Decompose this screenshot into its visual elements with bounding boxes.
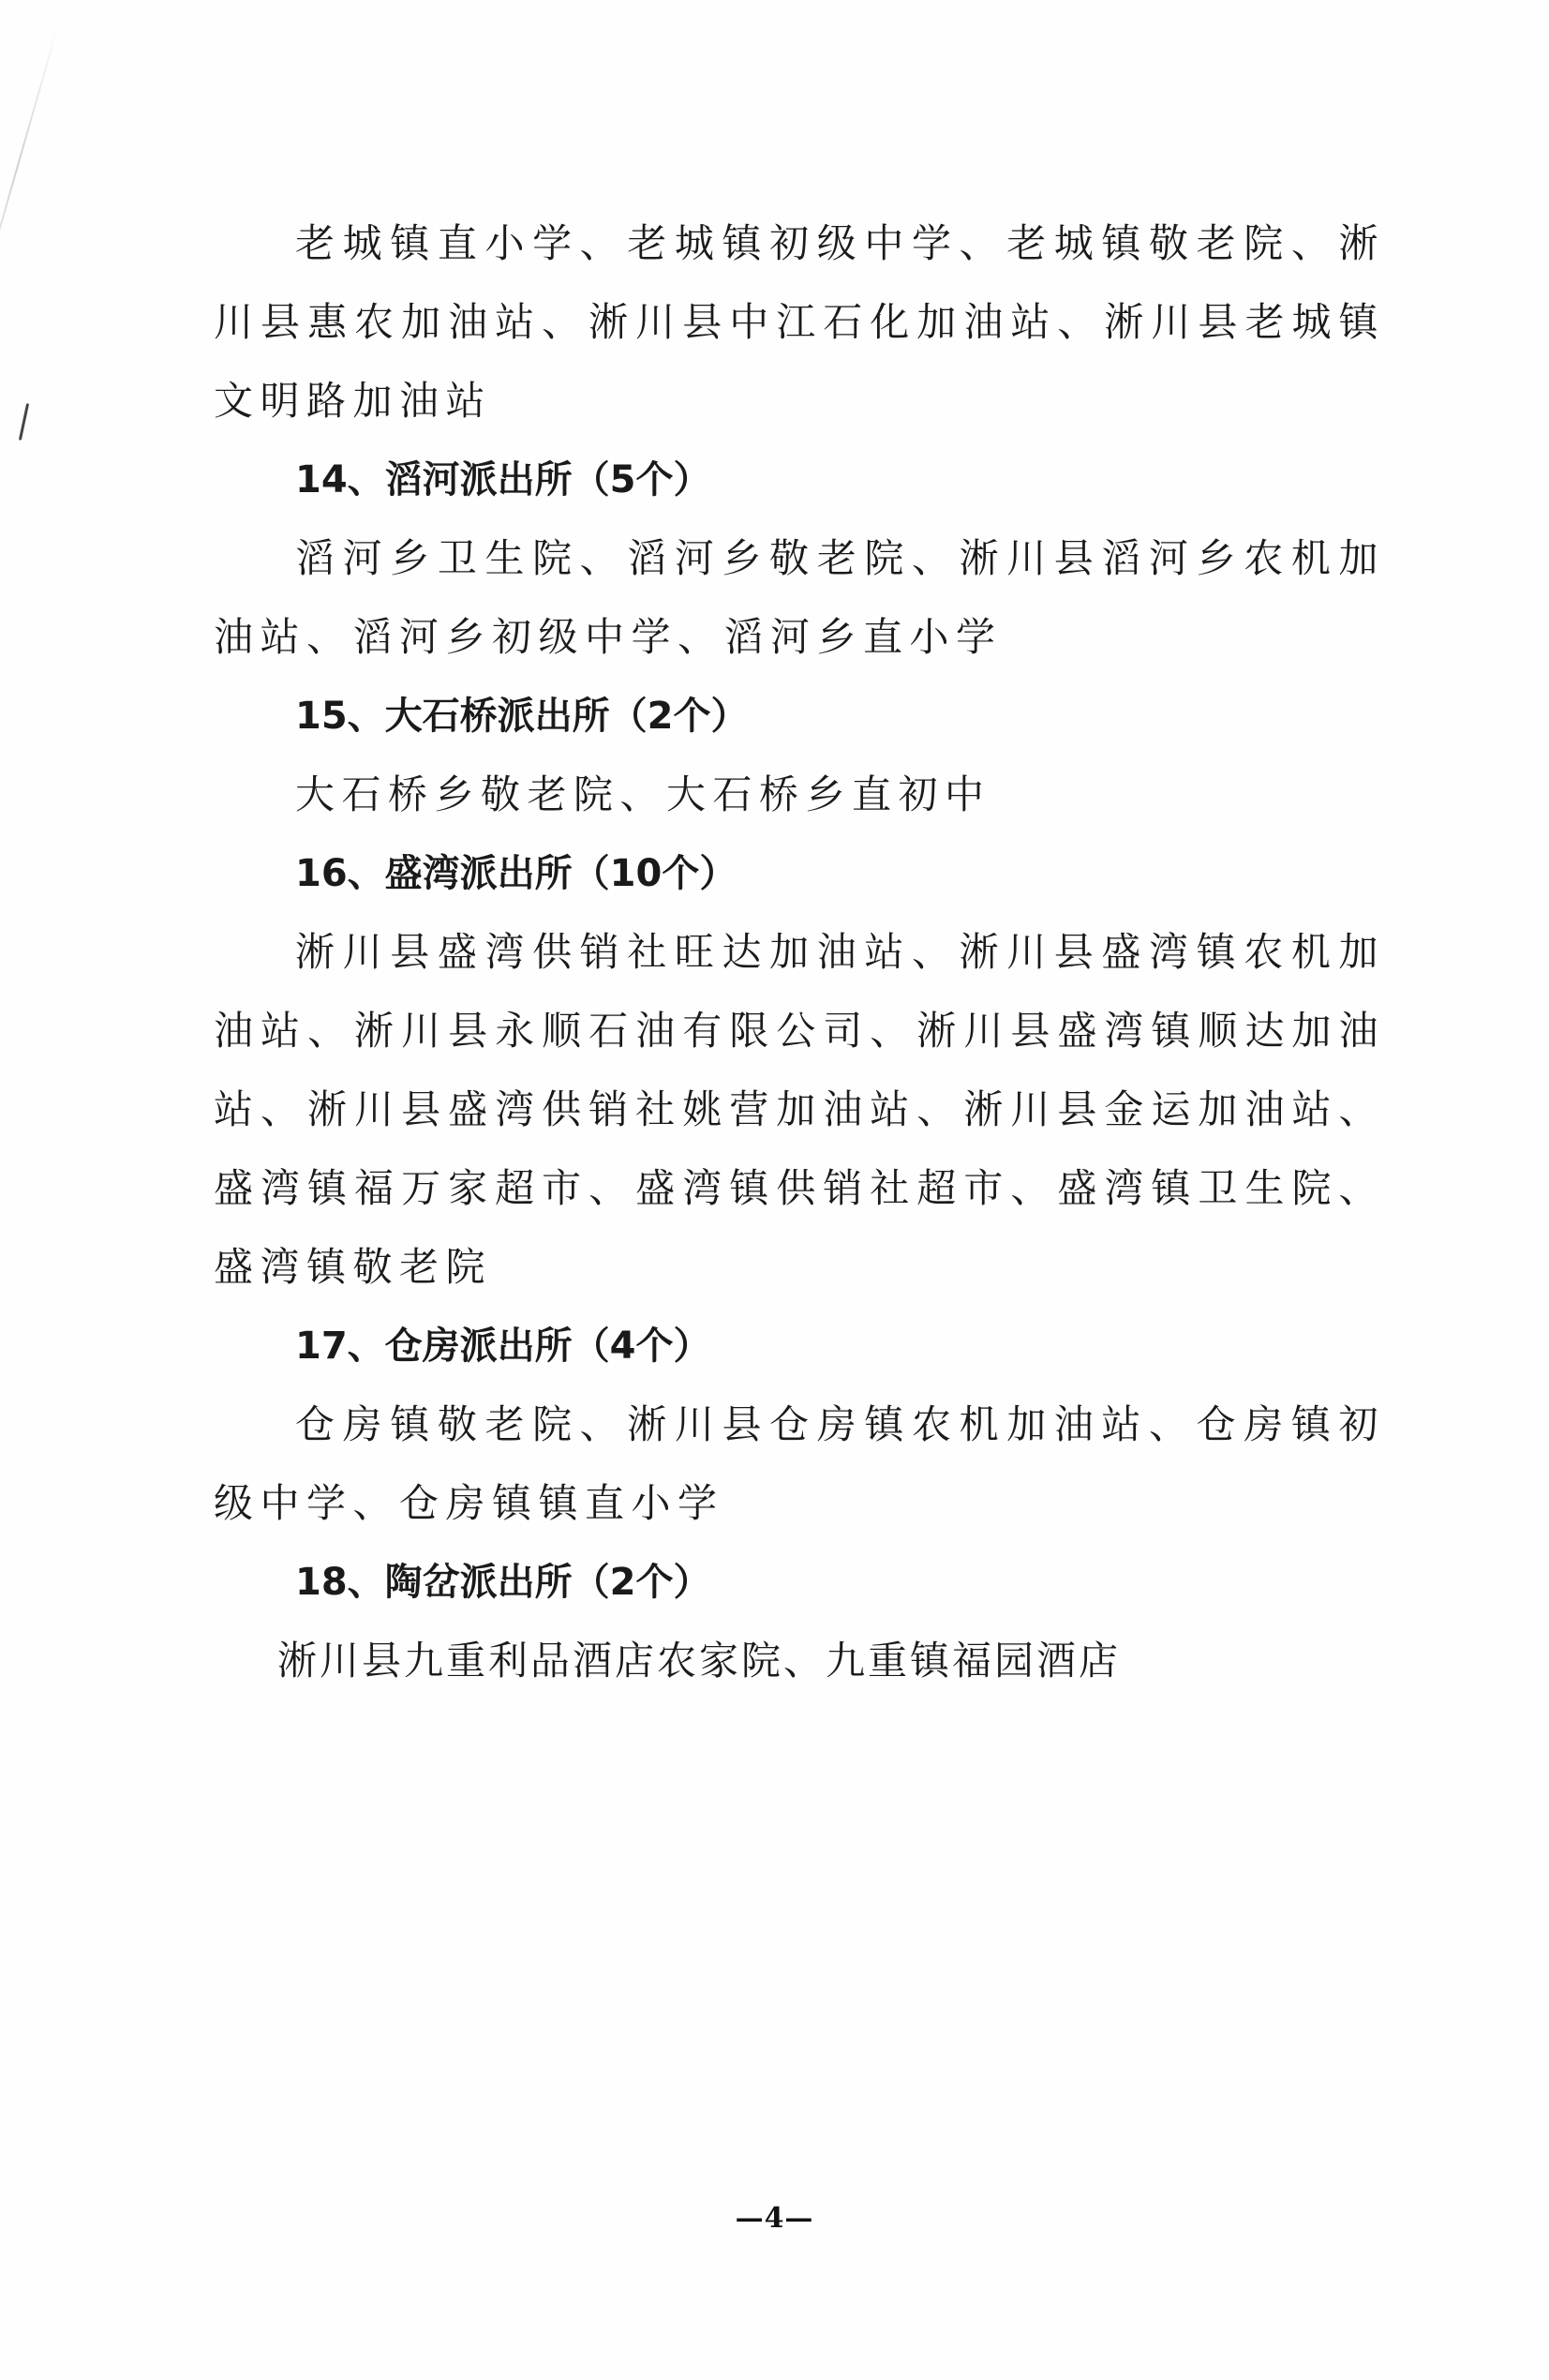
section-body-16: 淅川县盛湾供销社旺达加油站、淅川县盛湾镇农机加油站、淅川县永顺石油有限公司、淅川…	[214, 913, 1385, 1307]
section-heading-15: 15、大石桥派出所（2个）	[214, 677, 1385, 756]
continuation-paragraph: 老城镇直小学、老城镇初级中学、老城镇敬老院、淅川县惠农加油站、淅川县中江石化加油…	[214, 204, 1385, 441]
section-body-18: 淅川县九重利品酒店农家院、九重镇福园酒店	[214, 1622, 1385, 1700]
section-body-15: 大石桥乡敬老院、大石桥乡直初中	[214, 756, 1385, 834]
page-number: —4—	[0, 2202, 1549, 2235]
document-body: 老城镇直小学、老城镇初级中学、老城镇敬老院、淅川县惠农加油站、淅川县中江石化加油…	[214, 204, 1385, 1700]
scan-artifact-mark	[19, 403, 29, 441]
section-heading-14: 14、滔河派出所（5个）	[214, 441, 1385, 519]
scan-artifact-streak	[0, 28, 58, 308]
section-body-17: 仓房镇敬老院、淅川县仓房镇农机加油站、仓房镇初级中学、仓房镇镇直小学	[214, 1385, 1385, 1543]
section-body-14: 滔河乡卫生院、滔河乡敬老院、淅川县滔河乡农机加油站、滔河乡初级中学、滔河乡直小学	[214, 519, 1385, 677]
section-heading-17: 17、仓房派出所（4个）	[214, 1307, 1385, 1385]
document-page: 老城镇直小学、老城镇初级中学、老城镇敬老院、淅川县惠农加油站、淅川县中江石化加油…	[0, 0, 1549, 2380]
section-heading-16: 16、盛湾派出所（10个）	[214, 834, 1385, 913]
section-heading-18: 18、陶岔派出所（2个）	[214, 1543, 1385, 1622]
